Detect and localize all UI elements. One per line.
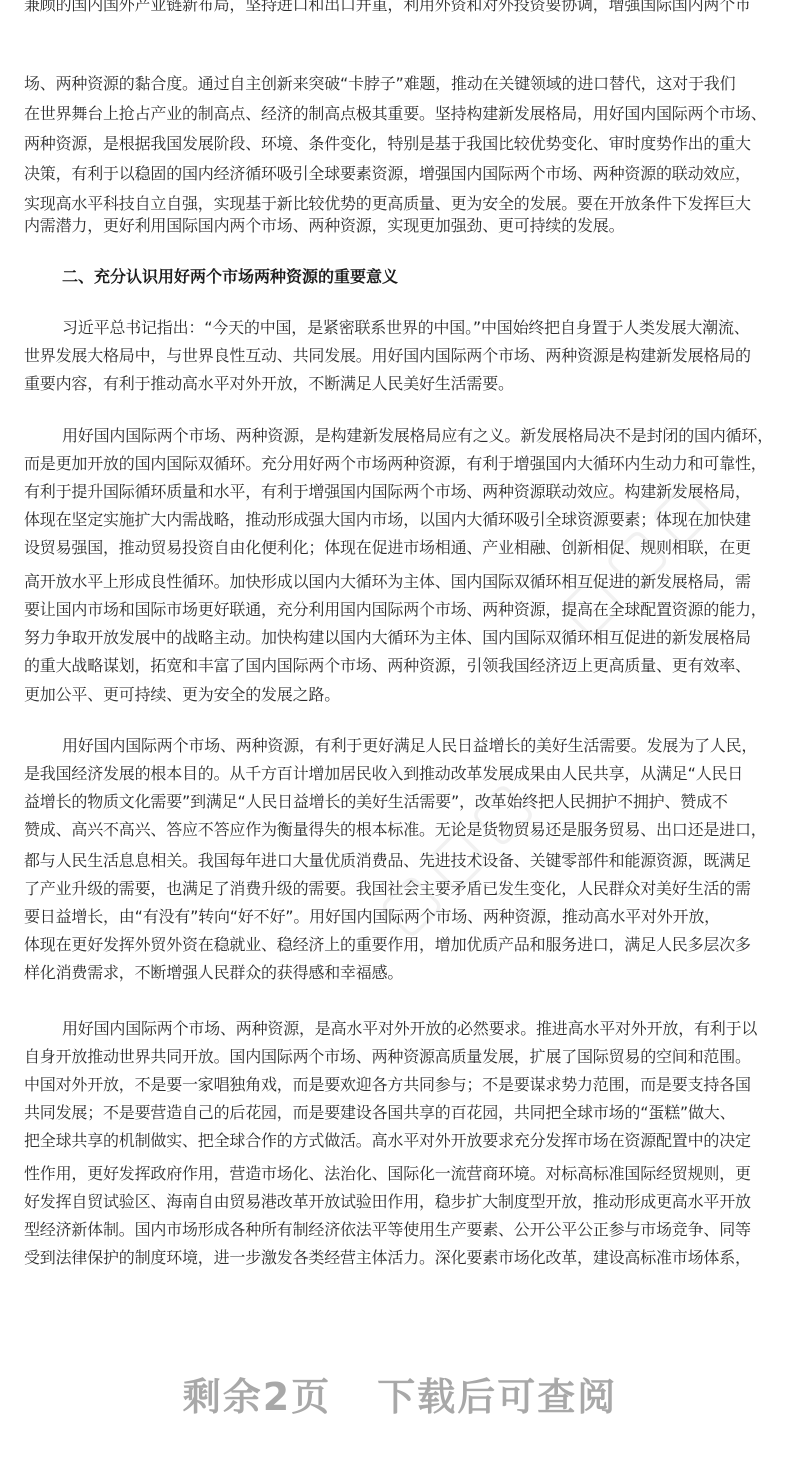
- text-line: 的重大战略谋划，拓宽和丰富了国内国际两个市场、两种资源，引领我国经济迈上更高质量…: [24, 651, 776, 681]
- section-heading: 二、充分认识用好两个市场两种资源的重要意义: [62, 262, 398, 292]
- text-line-partial: 兼顾的国内国外产业链新布局，坚持进口和出口并重，利用外资和对外投资要协调，增强国…: [24, 0, 776, 20]
- text-line: 样化消费需求，不断增强人民群众的获得感和幸福感。: [24, 958, 776, 988]
- text-line: 都与人民生活息息相关。我国每年进口大量优质消费品、先进技术设备、关键零部件和能源…: [24, 846, 776, 876]
- text-line: 有利于提升国际循环质量和水平，有利于增强国内国际两个市场、两种资源联动效应。构建…: [24, 477, 776, 507]
- text-line: 在世界舞台上抢占产业的制高点、经济的制高点极其重要。坚持构建新发展格局，用好国内…: [24, 99, 776, 129]
- text-line: 要日益增长，由“有没有”转向“好不好”。用好国内国际两个市场、两种资源，推动高水…: [24, 902, 776, 932]
- text-line: 体现在坚定实施扩大内需战略，推动形成强大国内市场，以国内大循环吸引全球资源要素；…: [24, 505, 776, 535]
- text-line: 中国对外开放，不是要一家唱独角戏，而是要欢迎各方共同参与；不是要谋求势力范围，而…: [24, 1070, 776, 1100]
- text-line: 了产业升级的需要，也满足了消费升级的需要。我国社会主要矛盾已发生变化，人民群众对…: [24, 874, 776, 904]
- text-line: 用好国内国际两个市场、两种资源，是构建新发展格局应有之义。新发展格局决不是封闭的…: [62, 421, 776, 451]
- text-line: 高开放水平上形成良性循环。加快形成以国内大循环为主体、国内国际双循环相互促进的新…: [24, 567, 776, 597]
- text-line: 赞成、高兴不高兴、答应不答应作为衡量得失的根本标准。无论是货物贸易还是服务贸易、…: [24, 815, 776, 845]
- download-prompt-label: 下载后可查阅: [377, 1366, 617, 1421]
- text-line: 场、两种资源的黏合度。通过自主创新来突破“卡脖子”难题，推动在关键领域的进口替代…: [24, 69, 776, 99]
- text-line: 性作用，更好发挥政府作用，营造市场化、法治化、国际化一流营商环境。对标高标准国际…: [24, 1159, 776, 1189]
- text-line: 受到法律保护的制度环境，进一步激发各类经营主体活力。深化要素市场化改革，建设高标…: [24, 1243, 776, 1273]
- text-line: 习近平总书记指出：“今天的中国，是紧密联系世界的中国。”中国始终把自身置于人类发…: [62, 313, 776, 343]
- text-line: 内需潜力，更好利用国际国内两个市场、两种资源，实现更加强劲、更可持续的发展。: [24, 211, 776, 241]
- text-line: 益增长的物质文化需要”到满足“人民日益增长的美好生活需要”，改革始终把人民拥护不…: [24, 787, 776, 817]
- text-line: 自身开放推动世界共同开放。国内国际两个市场、两种资源高质量发展，扩展了国际贸易的…: [24, 1042, 776, 1072]
- text-line: 决策，有利于以稳固的国内经济循环吸引全球要素资源，增强国内国际两个市场、两种资源…: [24, 159, 776, 189]
- text-line: 用好国内国际两个市场、两种资源，有利于更好满足人民日益增长的美好生活需要。发展为…: [62, 731, 776, 761]
- text-line: 体现在更好发挥外贸外资在稳就业、稳经济上的重要作用，增加优质产品和服务进口，满足…: [24, 930, 776, 960]
- document-page: ▢▢▢ ▢▢▢ 兼顾的国内国外产业链新布局，坚持进口和出口并重，利用外资和对外投…: [0, 0, 800, 1468]
- text-line: 好发挥自贸试验区、海南自由贸易港改革开放试验田作用，稳步扩大制度型开放，推动形成…: [24, 1187, 776, 1217]
- remaining-pages-label: 剩余2页: [183, 1366, 331, 1421]
- text-line: 而是更加开放的国内国际双循环。充分用好两个市场两种资源，有利于增强国内大循环内生…: [24, 449, 776, 479]
- text-line: 重要内容，有利于推动高水平对外开放，不断满足人民美好生活需要。: [24, 369, 776, 399]
- text-line: 世界发展大格局中，与世界良性互动、共同发展。用好国内国际两个市场、两种资源是构建…: [24, 341, 776, 371]
- text-line: 要让国内市场和国际市场更好联通，充分利用国内国际两个市场、两种资源，提高在全球配…: [24, 595, 776, 625]
- text-line: 努力争取开放发展中的战略主动。加快构建以国内大循环为主体、国内国际双循环相互促进…: [24, 623, 776, 653]
- text-line: 把全球共享的机制做实、把全球合作的方式做活。高水平对外开放要求充分发挥市场在资源…: [24, 1126, 776, 1156]
- download-notice[interactable]: 剩余2页下载后可查阅: [0, 1366, 800, 1421]
- text-line: 两种资源，是根据我国发展阶段、环境、条件变化，特别是基于我国比较优势变化、审时度…: [24, 129, 776, 159]
- text-line: 共同发展；不是要营造自己的后花园，而是要建设各国共享的百花园，共同把全球市场的“…: [24, 1098, 776, 1128]
- text-line: 设贸易强国，推动贸易投资自由化便利化；体现在促进市场相通、产业相融、创新相促、规…: [24, 533, 776, 563]
- text-line: 更加公平、更可持续、更为安全的发展之路。: [24, 680, 776, 710]
- text-line: 型经济新体制。国内市场形成各种所有制经济依法平等使用生产要素、公开公平公正参与市…: [24, 1215, 776, 1245]
- text-line: 用好国内国际两个市场、两种资源，是高水平对外开放的必然要求。推进高水平对外开放，…: [62, 1014, 776, 1044]
- text-line: 是我国经济发展的根本目的。从千方百计增加居民收入到推动改革发展成果由人民共享，从…: [24, 759, 776, 789]
